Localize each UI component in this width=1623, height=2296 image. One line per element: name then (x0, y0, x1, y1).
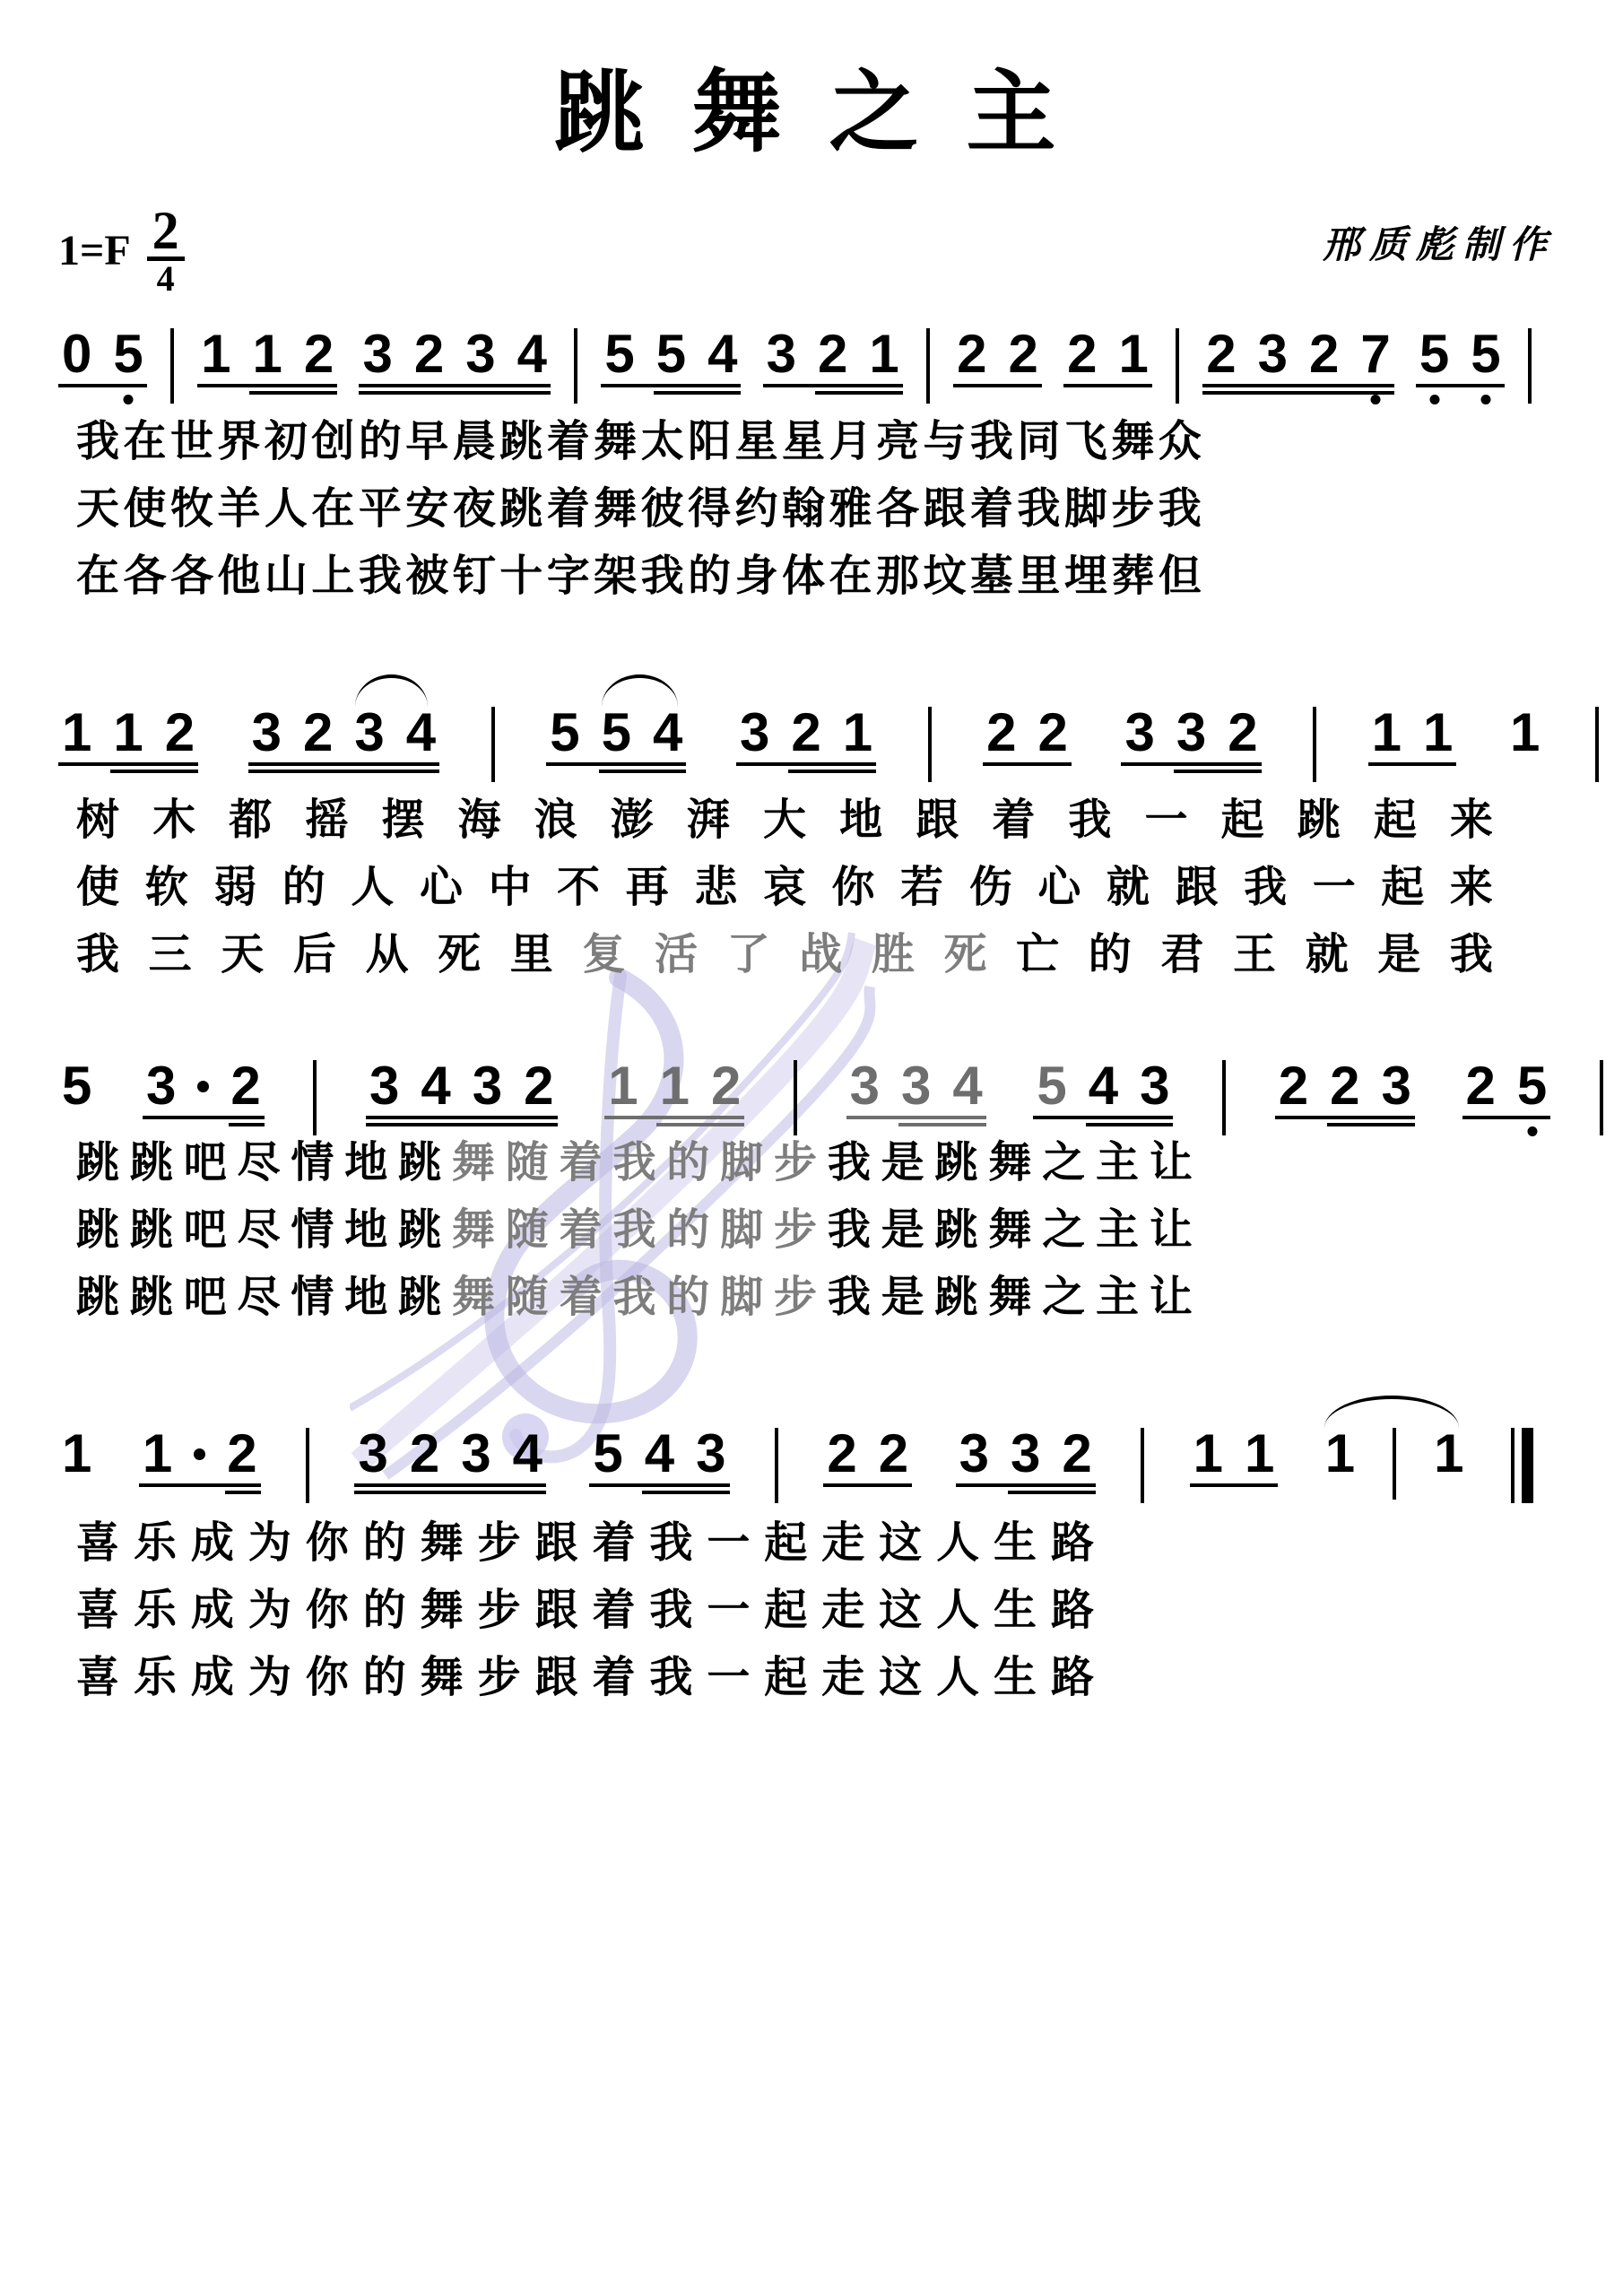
lyric-char: 都 (229, 793, 272, 848)
barline (1141, 1428, 1144, 1503)
lyric-char: 我 (1450, 927, 1493, 983)
lyric-char: 起 (1374, 793, 1417, 848)
lyric-char: 弱 (213, 860, 256, 916)
lyric-char: 晨 (453, 414, 496, 470)
lyric-char: 人 (936, 1583, 979, 1639)
lyric-char: 君 (1160, 927, 1203, 983)
note-number: 2 (165, 707, 195, 759)
lyric-char: 哀 (763, 860, 806, 916)
lyric-char: 人 (265, 482, 308, 537)
lyric-char: 舞 (452, 1270, 495, 1326)
lyric-char: 了 (727, 927, 770, 983)
beam-line (546, 762, 686, 766)
lyric-char: 这 (879, 1650, 922, 1706)
barline (306, 1428, 309, 1503)
lyric-char: 人 (351, 860, 394, 916)
lyric-char: 那 (876, 549, 919, 604)
lyric-char: 我 (649, 1516, 692, 1571)
note-number: 4 (645, 1428, 674, 1480)
beam-line (846, 1116, 986, 1119)
note-number: 2 (1009, 328, 1038, 380)
note-number: 1 (1245, 1428, 1274, 1480)
system-4-lyrics-row-1: 喜乐成为你的舞步跟着我一起走这人生路 (76, 1516, 1094, 1571)
beam-line-2 (354, 1491, 546, 1494)
note-group: 22 (953, 328, 1042, 396)
lyric-char: 我 (970, 414, 1013, 470)
beam-line (1202, 384, 1394, 387)
system-2-lyrics-row-3: 我三天后从死里复活了战胜死亡的君王就是我 (76, 927, 1493, 983)
lyric-char: 大 (763, 793, 806, 848)
note-number: 3 (767, 328, 796, 380)
note-number: 2 (524, 1060, 553, 1112)
lyric-char: 地 (839, 793, 882, 848)
system-4-notes: 1123234543223321111 (58, 1392, 1533, 1516)
lyric-char: 随 (506, 1135, 549, 1191)
note-group: 11 (1190, 1428, 1279, 1496)
lyric-char: 跳 (76, 1203, 119, 1258)
lyric-char: 乐 (134, 1583, 177, 1639)
beam-line (354, 1483, 546, 1487)
meter-denominator: 4 (152, 261, 180, 297)
key-signature: 1=F 2 4 (58, 204, 185, 297)
beam-line (763, 384, 903, 387)
lyric-char: 主 (1096, 1203, 1139, 1258)
lyric-char: 的 (1089, 927, 1132, 983)
beam-line (956, 1483, 1096, 1487)
lyric-char: 雅 (829, 482, 872, 537)
note-number: 2 (879, 1428, 908, 1480)
lyric-char: 跟 (923, 482, 966, 537)
lyric-char: 情 (291, 1270, 334, 1326)
beam-line-2 (248, 770, 440, 773)
lyric-char: 起 (764, 1583, 807, 1639)
lyric-char: 我 (828, 1203, 871, 1258)
note-group: 3234 (248, 707, 440, 775)
note-number: 2 (304, 328, 334, 380)
barline (794, 1060, 797, 1135)
lyric-char: 各 (123, 549, 166, 604)
note-number: 5 (1037, 1060, 1066, 1112)
beam-line-2 (1202, 391, 1394, 395)
note-number: 3 (1011, 1428, 1040, 1480)
beam-line (366, 1116, 558, 1119)
note-group: 22 (823, 1428, 912, 1496)
lyric-char: 的 (666, 1270, 709, 1326)
note-number: 2 (957, 328, 986, 380)
lyric-char: 界 (217, 414, 260, 470)
lyric-char: 山 (265, 549, 308, 604)
lyric-char: 步 (774, 1270, 817, 1326)
note-number: 1 (1325, 1428, 1355, 1500)
beam-line-2 (359, 391, 551, 395)
note-number: 4 (421, 1060, 450, 1112)
note-number: 3 (146, 1060, 176, 1112)
note-group: 554 (601, 328, 741, 396)
lyric-char: 随 (506, 1270, 549, 1326)
system-1-lyrics-row-1: 我在世界初创的早晨跳着舞太阳星星月亮与我同飞舞众 (76, 414, 1202, 470)
lyric-char: 活 (655, 927, 698, 983)
key-tonic: 1=F (58, 226, 131, 275)
note-number: 3 (1124, 707, 1154, 759)
lyric-char: 乐 (134, 1516, 177, 1571)
lyric-char: 走 (821, 1583, 864, 1639)
lyric-char: 跳 (76, 1135, 119, 1191)
lyric-char: 舞 (988, 1270, 1031, 1326)
beam-line (143, 1116, 265, 1119)
lyric-char: 夜 (453, 482, 496, 537)
note-group: 11 (1322, 1428, 1468, 1516)
lyric-char: 我 (76, 414, 119, 470)
lyric-char: 跳 (935, 1203, 978, 1258)
note-number: 2 (1206, 328, 1236, 380)
slur-arc (355, 674, 428, 707)
lyric-char: 世 (170, 414, 213, 470)
lyric-char: 尽 (238, 1270, 281, 1326)
beam-line (604, 1116, 744, 1119)
lyric-char: 他 (217, 549, 260, 604)
lyric-char: 身 (735, 549, 778, 604)
note-number: 5 (656, 328, 686, 380)
note-group: 12 (139, 1428, 261, 1496)
beam-line (1190, 1483, 1279, 1487)
page-title: 跳 舞 之 主 (0, 65, 1623, 163)
lyric-char: 成 (191, 1583, 234, 1639)
lyric-char: 摇 (305, 793, 348, 848)
lyric-char: 成 (191, 1650, 234, 1706)
lyric-char: 舞 (452, 1203, 495, 1258)
lyric-char: 在 (76, 549, 119, 604)
lyric-char: 就 (1306, 927, 1349, 983)
lyric-char: 路 (1051, 1516, 1094, 1571)
lyric-char: 着 (592, 1516, 635, 1571)
lyric-char: 是 (881, 1270, 924, 1326)
lyric-char: 跟 (1176, 860, 1219, 916)
final-barline (1511, 1428, 1533, 1503)
lyric-char: 跟 (535, 1583, 578, 1639)
lyric-char: 我 (612, 1270, 655, 1326)
lyric-char: 众 (1159, 414, 1202, 470)
beam-line (983, 762, 1072, 766)
lyric-char: 亮 (876, 414, 919, 470)
note-number: 1 (201, 328, 230, 380)
beam-line-2 (229, 1123, 265, 1126)
lyric-char: 舞 (452, 1135, 495, 1191)
lyric-char: 路 (1051, 1583, 1094, 1639)
lyric-char: 你 (306, 1583, 349, 1639)
note-number: 1 (1423, 707, 1453, 759)
lyric-char: 的 (363, 1516, 406, 1571)
note-group: 55 (1416, 328, 1505, 396)
lyric-char: 尽 (238, 1135, 281, 1191)
lyric-char: 彼 (641, 482, 684, 537)
note-number-low-octave: 7 (1360, 328, 1390, 380)
lyric-char: 星 (782, 414, 825, 470)
note-number: 2 (1228, 707, 1257, 759)
note-number: 2 (410, 1428, 439, 1480)
note-group: 11 (1368, 707, 1457, 775)
note-number: 3 (354, 707, 384, 759)
lyric-char: 你 (306, 1516, 349, 1571)
lyric-char: 来 (1450, 793, 1493, 848)
lyric-char: 人 (936, 1516, 979, 1571)
lyric-char: 着 (592, 1583, 635, 1639)
note-group: 5 (58, 1060, 95, 1128)
lyric-char: 舞 (421, 1583, 464, 1639)
barline (775, 1428, 778, 1503)
note-number: 2 (227, 1428, 256, 1480)
beam-line-2 (815, 391, 903, 395)
lyric-char: 跳 (935, 1135, 978, 1191)
lyric-char: 步 (478, 1516, 521, 1571)
lyric-char: 墓 (970, 549, 1013, 604)
lyric-char: 后 (293, 927, 336, 983)
note-number: 2 (303, 707, 333, 759)
lyric-char: 你 (832, 860, 875, 916)
lyric-char: 是 (881, 1135, 924, 1191)
lyric-char: 平 (359, 482, 402, 537)
beam-line (1033, 1116, 1173, 1119)
lyric-char: 翰 (782, 482, 825, 537)
lyric-char: 我 (649, 1583, 692, 1639)
lyric-char: 的 (359, 414, 402, 470)
lyric-char: 之 (1042, 1270, 1085, 1326)
beam-line-2 (1086, 1123, 1174, 1126)
note-group: 554 (546, 707, 686, 775)
beam-line-2 (1174, 770, 1262, 773)
note-number: 1 (62, 1428, 91, 1480)
note-number: 4 (513, 1428, 542, 1480)
lyric-char: 星 (735, 414, 778, 470)
beam-line (197, 384, 337, 387)
note-number: 3 (252, 707, 282, 759)
beam-line (58, 384, 147, 387)
note-group: 21 (1063, 328, 1152, 396)
beam-line-2 (1008, 1491, 1096, 1494)
note-number: 1 (608, 1060, 638, 1112)
lyric-char: 是 (1377, 927, 1420, 983)
barline (1528, 328, 1532, 404)
note-group: 321 (763, 328, 903, 396)
lyric-char: 初 (265, 414, 308, 470)
lyric-char: 再 (626, 860, 669, 916)
lyric-char: 的 (666, 1135, 709, 1191)
beam-line (953, 384, 1042, 387)
lyric-char: 我 (1017, 482, 1060, 537)
lyric-char: 从 (366, 927, 409, 983)
lyric-char: 一 (707, 1583, 750, 1639)
note-number: 1 (1118, 328, 1148, 380)
lyric-char: 舞 (421, 1650, 464, 1706)
lyric-char: 起 (764, 1516, 807, 1571)
lyric-char: 葬 (1111, 549, 1154, 604)
lyric-char: 情 (291, 1203, 334, 1258)
note-number: 2 (230, 1060, 260, 1112)
lyric-char: 跳 (499, 414, 542, 470)
lyric-char: 着 (970, 482, 1013, 537)
meter-numerator: 2 (147, 204, 185, 261)
system-4-lyrics-row-2: 喜乐成为你的舞步跟着我一起走这人生路 (76, 1583, 1094, 1639)
lyric-char: 尽 (238, 1203, 281, 1258)
beam-line (1416, 384, 1505, 387)
lyric-char: 喜 (76, 1650, 119, 1706)
lyric-char: 喜 (76, 1516, 119, 1571)
lyric-char: 复 (582, 927, 625, 983)
lyric-char: 不 (557, 860, 600, 916)
note-number: 1 (843, 707, 872, 759)
note-number: 5 (602, 707, 631, 759)
lyric-char: 在 (311, 482, 354, 537)
beam-line-2 (599, 770, 687, 773)
lyric-char: 上 (311, 549, 354, 604)
lyric-char: 舞 (594, 414, 637, 470)
note-group: 332 (1121, 707, 1261, 775)
barline (1393, 1428, 1396, 1500)
lyric-char: 着 (560, 1203, 603, 1258)
beam-line-2 (656, 1123, 744, 1126)
lyric-char: 在 (829, 549, 872, 604)
lyric-char: 死 (438, 927, 481, 983)
note-number: 4 (1089, 1060, 1118, 1112)
lyric-char: 三 (149, 927, 192, 983)
note-group: 3432 (366, 1060, 558, 1128)
lyric-char: 胜 (872, 927, 915, 983)
lyric-char: 跳 (398, 1203, 441, 1258)
augmentation-dot (197, 1060, 209, 1112)
beam-line-2 (366, 1123, 558, 1126)
lyric-char: 走 (821, 1650, 864, 1706)
lyric-char: 为 (248, 1650, 291, 1706)
lyric-char: 一 (707, 1650, 750, 1706)
lyric-char: 生 (994, 1650, 1037, 1706)
lyric-char: 若 (900, 860, 943, 916)
note-number: 4 (517, 328, 547, 380)
note-group: 3234 (359, 328, 551, 396)
note-number: 3 (1176, 707, 1206, 759)
note-number: 2 (1466, 1060, 1496, 1112)
note-group: 1 (1506, 707, 1543, 775)
lyric-char: 跟 (916, 793, 959, 848)
lyric-char: 浪 (534, 793, 577, 848)
lyric-char: 这 (879, 1583, 922, 1639)
note-number-low-octave: 5 (1419, 328, 1449, 380)
lyric-char: 钉 (453, 549, 496, 604)
lyric-char: 的 (688, 549, 731, 604)
system-3-lyrics-row-1: 跳跳吧尽情地跳舞随着我的脚步我是跳舞之主让 (76, 1135, 1193, 1191)
system-1-notes: 0511232345543212221232755 (58, 292, 1533, 404)
beam-line-2 (654, 391, 742, 395)
note-number: 3 (1382, 1060, 1411, 1112)
lyric-char: 主 (1096, 1135, 1139, 1191)
augmentation-dot (194, 1428, 205, 1480)
lyric-char: 着 (592, 1650, 635, 1706)
system-2-notes: 112323455432122332111 (58, 671, 1601, 782)
system-3-notes: 532343211233454322325 (58, 1024, 1605, 1135)
lyric-char: 地 (344, 1135, 387, 1191)
note-group: 32 (143, 1060, 265, 1128)
lyric-char: 我 (612, 1135, 655, 1191)
lyric-char: 为 (248, 1516, 291, 1571)
beam-line-2 (110, 770, 198, 773)
lyric-char: 步 (478, 1650, 521, 1706)
barline (928, 707, 932, 782)
lyric-char: 起 (1381, 860, 1424, 916)
lyric-char: 的 (363, 1583, 406, 1639)
note-number: 3 (473, 1060, 502, 1112)
lyric-char: 阳 (688, 414, 731, 470)
note-group: 2327 (1202, 328, 1394, 396)
note-number: 5 (550, 707, 579, 759)
lyric-char: 安 (405, 482, 448, 537)
lyric-char: 就 (1107, 860, 1150, 916)
lyric-char: 同 (1017, 414, 1060, 470)
lyric-char: 步 (774, 1203, 817, 1258)
lyric-char: 各 (876, 482, 919, 537)
note-number-low-octave: 5 (113, 328, 143, 380)
lyric-char: 乐 (134, 1650, 177, 1706)
lyric-char: 这 (879, 1516, 922, 1571)
note-group: 543 (1033, 1060, 1173, 1128)
lyric-char: 跟 (535, 1516, 578, 1571)
lyric-char: 情 (291, 1135, 334, 1191)
lyric-char: 王 (1233, 927, 1276, 983)
note-group: 334 (846, 1060, 986, 1128)
lyric-char: 月 (829, 414, 872, 470)
beam-line (589, 1483, 729, 1487)
lyric-char: 但 (1159, 549, 1202, 604)
beam-line-2 (788, 770, 876, 773)
beam-line-2 (225, 1491, 261, 1494)
note-number: 3 (696, 1428, 725, 1480)
note-number: 0 (62, 328, 91, 380)
note-number: 4 (406, 707, 436, 759)
note-number: 1 (143, 1428, 172, 1480)
note-number-low-octave: 5 (1517, 1060, 1547, 1112)
lyric-char: 一 (1313, 860, 1356, 916)
lyric-char: 着 (547, 482, 590, 537)
sheet-music-page: 跳 舞 之 主 1=F 2 4 邢质彪制作 051123234554321222… (0, 0, 1623, 2296)
note-number: 2 (1309, 328, 1339, 380)
beam-line-2 (1327, 1123, 1415, 1126)
barline (926, 328, 930, 404)
barline (1600, 1060, 1603, 1135)
lyric-char: 我 (828, 1270, 871, 1326)
lyric-char: 路 (1051, 1650, 1094, 1706)
lyric-char: 跳 (76, 1270, 119, 1326)
lyric-char: 里 (1017, 549, 1060, 604)
beam-line (359, 384, 551, 387)
note-group: 223 (1275, 1060, 1415, 1128)
system-3-lyrics-row-3: 跳跳吧尽情地跳舞随着我的脚步我是跳舞之主让 (76, 1270, 1193, 1326)
lyric-char: 舞 (421, 1516, 464, 1571)
lyric-char: 跳 (130, 1203, 173, 1258)
lyric-char: 树 (76, 793, 119, 848)
note-group: 332 (956, 1428, 1096, 1496)
note-number: 3 (369, 1060, 399, 1112)
lyric-char: 十 (499, 549, 542, 604)
barline (1176, 328, 1179, 404)
note-number: 3 (850, 1060, 880, 1112)
lyric-char: 我 (359, 549, 402, 604)
lyric-char: 在 (123, 414, 166, 470)
note-number: 1 (1193, 1428, 1223, 1480)
lyric-char: 与 (923, 414, 966, 470)
lyric-char: 架 (594, 549, 637, 604)
lyric-char: 吧 (184, 1270, 227, 1326)
beam-line-2 (898, 1123, 986, 1126)
lyric-char: 走 (821, 1516, 864, 1571)
lyric-char: 起 (1221, 793, 1264, 848)
lyric-char: 澎 (611, 793, 654, 848)
